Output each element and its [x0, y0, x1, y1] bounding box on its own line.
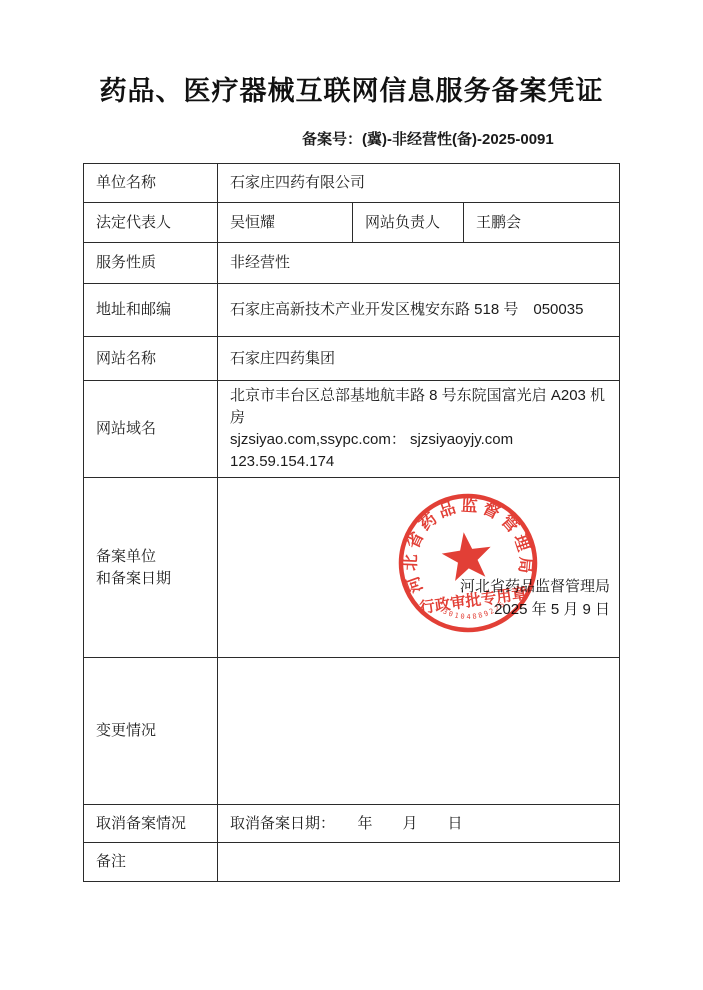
filing-unit-label-line2: 和备案日期 [96, 568, 205, 590]
row-filing-unit: 备案单位 和备案日期 河北省药品监督管理局 2025 年 5 月 9 日 河北省… [84, 478, 620, 658]
service-nature-label: 服务性质 [84, 243, 218, 284]
legal-rep-label: 法定代表人 [84, 203, 218, 243]
cancellation-label: 取消备案情况 [84, 805, 218, 843]
row-site-name: 网站名称 石家庄四药集团 [84, 337, 620, 381]
seal-star-icon [439, 529, 494, 582]
domain-line-3: 123.59.154.174 [230, 451, 607, 473]
service-nature-value: 非经营性 [218, 243, 620, 284]
domain-line-1: 北京市丰台区总部基地航丰路 8 号东院国富光启 A203 机房 [230, 385, 607, 429]
cancellation-value: 取消备案日期： 年 月 日 [218, 805, 620, 843]
row-service-nature: 服务性质 非经营性 [84, 243, 620, 284]
row-changes: 变更情况 [84, 658, 620, 805]
row-cancellation: 取消备案情况 取消备案日期： 年 月 日 [84, 805, 620, 843]
site-manager-value: 王鹏会 [464, 203, 620, 243]
official-seal-stamp: 河北省药品监督管理局 行政审批专用章 1301048892258 [378, 478, 559, 654]
site-manager-label: 网站负责人 [353, 203, 464, 243]
remarks-label: 备注 [84, 843, 218, 882]
changes-label: 变更情况 [84, 658, 218, 805]
row-remarks: 备注 [84, 843, 620, 882]
address-label: 地址和邮编 [84, 284, 218, 337]
filing-unit-label-line1: 备案单位 [96, 546, 205, 568]
domain-line-2: sjzsiyao.com,ssypc.com： sjzsiyaoyjy.com [230, 429, 607, 451]
domain-value: 北京市丰台区总部基地航丰路 8 号东院国富光启 A203 机房 sjzsiyao… [218, 381, 620, 478]
row-address: 地址和邮编 石家庄高新技术产业开发区槐安东路 518 号 050035 [84, 284, 620, 337]
filing-unit-label: 备案单位 和备案日期 [84, 478, 218, 658]
unit-name-value: 石家庄四药有限公司 [218, 164, 620, 203]
certificate-table: 单位名称 石家庄四药有限公司 法定代表人 吴恒耀 网站负责人 王鹏会 服务性质 … [83, 163, 620, 882]
filing-number-value: (冀)-非经营性(备)-2025-0091 [362, 131, 554, 148]
remarks-value [218, 843, 620, 882]
filing-number-label: 备案号： [302, 131, 362, 148]
row-domain: 网站域名 北京市丰台区总部基地航丰路 8 号东院国富光启 A203 机房 sjz… [84, 381, 620, 478]
address-value: 石家庄高新技术产业开发区槐安东路 518 号 050035 [218, 284, 620, 337]
certificate-page: 药品、医疗器械互联网信息服务备案凭证 备案号：(冀)-非经营性(备)-2025-… [0, 0, 703, 990]
page-title: 药品、医疗器械互联网信息服务备案凭证 [0, 76, 703, 106]
changes-value [218, 658, 620, 805]
filing-number: 备案号：(冀)-非经营性(备)-2025-0091 [302, 131, 554, 149]
domain-label: 网站域名 [84, 381, 218, 478]
row-legal-rep: 法定代表人 吴恒耀 网站负责人 王鹏会 [84, 203, 620, 243]
row-unit-name: 单位名称 石家庄四药有限公司 [84, 164, 620, 203]
filing-unit-value: 河北省药品监督管理局 2025 年 5 月 9 日 河北省药品监督管理局 行政审… [218, 478, 620, 658]
site-name-value: 石家庄四药集团 [218, 337, 620, 381]
legal-rep-value: 吴恒耀 [218, 203, 353, 243]
site-name-label: 网站名称 [84, 337, 218, 381]
unit-name-label: 单位名称 [84, 164, 218, 203]
